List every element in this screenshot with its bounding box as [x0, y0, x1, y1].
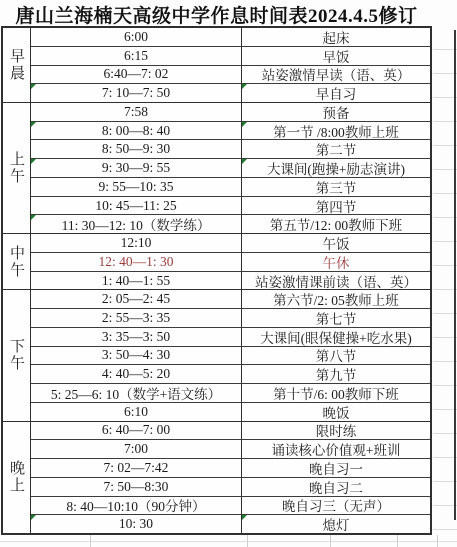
activity-cell: 早自习	[242, 84, 430, 102]
activity-cell: 第十节/6: 00教师下班	[242, 384, 430, 402]
table-row: 3: 35—3: 50大课间(眼保健操+吃水果)	[31, 328, 430, 347]
table-row: 7: 10—7: 50早自习	[31, 84, 430, 102]
activity-cell: 站姿激情早读（语、英）	[242, 66, 430, 84]
section-上午: 上午7:58预备8: 00—8: 40第一节 /8:00教师上班8: 50—9:…	[3, 103, 430, 234]
time-cell: 3: 50—4: 30	[31, 347, 242, 365]
table-row: 7: 02—7:42晚自习一	[31, 459, 430, 478]
time-cell: 2: 55—3: 35	[31, 309, 242, 327]
table-row: 2: 55—3: 35第七节	[31, 309, 430, 328]
excel-flag-triangle-icon	[31, 215, 36, 220]
section-下午: 下午2: 05—2: 45第六节/2: 05教师上班2: 55—3: 35第七节…	[3, 290, 430, 421]
time-cell: 4: 40—5: 20	[31, 365, 242, 383]
bottom-column-gridline	[90, 535, 91, 547]
table-row: 4: 40—5: 20第九节	[31, 365, 430, 384]
activity-cell: 第二节	[242, 140, 430, 158]
bottom-column-gridline	[247, 535, 248, 547]
time-cell: 10: 30	[31, 515, 242, 533]
time-cell: 7: 10—7: 50	[31, 84, 242, 102]
section-label: 晚上	[3, 422, 31, 533]
time-cell: 5: 25—6: 10（数学+语文练）	[31, 384, 242, 402]
table-row: 9: 55—10: 35第三节	[31, 178, 430, 197]
adjacent-column-border	[454, 30, 456, 520]
time-cell: 9: 55—10: 35	[31, 178, 242, 196]
excel-flag-triangle-icon	[31, 84, 36, 89]
table-row: 12:10午饭	[31, 234, 430, 253]
activity-cell: 午休	[242, 253, 430, 271]
table-row: 5: 25—6: 10（数学+语文练）第十节/6: 00教师下班	[31, 384, 430, 403]
table-row: 12: 40—1: 30午休	[31, 253, 430, 272]
activity-cell: 晚饭	[242, 403, 430, 421]
activity-cell: 第五节/12: 00教师下班	[242, 215, 430, 233]
table-row: 2: 05—2: 45第六节/2: 05教师上班	[31, 290, 430, 309]
activity-cell: 限时练	[242, 422, 430, 440]
time-cell: 9: 30—9: 55	[31, 159, 242, 177]
excel-flag-triangle-icon	[242, 84, 247, 89]
section-中午: 中午12:10午饭12: 40—1: 30午休1: 40—1: 55站姿激情课前…	[3, 234, 430, 290]
table-row: 11: 30—12: 10（数学练）第五节/12: 00教师下班	[31, 215, 430, 233]
time-cell: 6: 40—7: 00	[31, 422, 242, 440]
table-row: 6:10晚饭	[31, 403, 430, 421]
table-row: 6:15早饭	[31, 47, 430, 66]
table-row: 7: 50—8:30晚自习二	[31, 478, 430, 497]
table-row: 6:00起床	[31, 28, 430, 47]
time-cell: 2: 05—2: 45	[31, 290, 242, 308]
activity-cell: 晚自习一	[242, 459, 430, 477]
time-cell: 10: 45—11: 25	[31, 197, 242, 215]
section-rows: 12:10午饭12: 40—1: 30午休1: 40—1: 55站姿激情课前读（…	[31, 234, 430, 289]
time-cell: 6:10	[31, 403, 242, 421]
activity-cell: 站姿激情课前读（语、英）	[242, 272, 430, 290]
time-cell: 6:15	[31, 47, 242, 65]
time-cell: 12: 40—1: 30	[31, 253, 242, 271]
activity-cell: 第七节	[242, 309, 430, 327]
activity-cell: 熄灯	[242, 515, 430, 533]
activity-cell: 第一节 /8:00教师上班	[242, 122, 430, 140]
activity-cell: 第八节	[242, 347, 430, 365]
schedule-table: 早晨6:00起床6:15早饭6:40—7: 02站姿激情早读（语、英）7: 10…	[1, 26, 432, 535]
time-cell: 6:00	[31, 28, 242, 46]
section-label: 下午	[3, 290, 31, 420]
section-rows: 6: 40—7: 00限时练7:00诵读核心价值观+班训7: 02—7:42晚自…	[31, 422, 430, 533]
table-row: 7:00诵读核心价值观+班训	[31, 440, 430, 459]
table-row: 10: 30熄灯	[31, 515, 430, 533]
time-cell: 7: 02—7:42	[31, 459, 242, 477]
excel-flag-triangle-icon	[242, 515, 247, 520]
time-cell: 11: 30—12: 10（数学练）	[31, 215, 242, 233]
section-早晨: 早晨6:00起床6:15早饭6:40—7: 02站姿激情早读（语、英）7: 10…	[3, 28, 430, 103]
activity-cell: 早饭	[242, 47, 430, 65]
table-row: 1: 40—1: 55站姿激情课前读（语、英）	[31, 272, 430, 290]
excel-flag-triangle-icon	[31, 159, 36, 164]
time-cell: 8: 40—10:10（90分钟）	[31, 497, 242, 515]
page-title: 唐山兰海楠天高级中学作息时间表2024.4.5修订	[0, 1, 433, 25]
activity-cell: 预备	[242, 103, 430, 121]
section-rows: 7:58预备8: 00—8: 40第一节 /8:00教师上班8: 50—9: 3…	[31, 103, 430, 233]
table-row: 9: 30—9: 55大课间(跑操+励志演讲)	[31, 159, 430, 178]
table-row: 6: 40—7: 00限时练	[31, 422, 430, 441]
excel-flag-triangle-icon	[31, 515, 36, 520]
time-cell: 8: 00—8: 40	[31, 122, 242, 140]
time-cell: 7:00	[31, 440, 242, 458]
section-label: 早晨	[3, 28, 31, 102]
activity-cell: 大课间(跑操+励志演讲)	[242, 159, 430, 177]
time-cell: 1: 40—1: 55	[31, 272, 242, 290]
table-row: 8: 50—9: 30第二节	[31, 140, 430, 159]
table-row: 8: 40—10:10（90分钟）晚自习三（无声）	[31, 497, 430, 516]
time-cell: 3: 35—3: 50	[31, 328, 242, 346]
time-cell: 6:40—7: 02	[31, 66, 242, 84]
table-row: 10: 45—11: 25第四节	[31, 197, 430, 216]
bottom-column-gridline	[397, 535, 398, 547]
bottom-gridline	[0, 541, 457, 542]
time-cell: 8: 50—9: 30	[31, 140, 242, 158]
excel-flag-triangle-icon	[31, 122, 36, 127]
activity-cell: 第四节	[242, 197, 430, 215]
activity-cell: 第九节	[242, 365, 430, 383]
section-rows: 2: 05—2: 45第六节/2: 05教师上班2: 55—3: 35第七节3:…	[31, 290, 430, 420]
excel-flag-triangle-icon	[242, 122, 247, 127]
excel-flag-triangle-icon	[242, 159, 247, 164]
activity-cell: 第三节	[242, 178, 430, 196]
table-row: 3: 50—4: 30第八节	[31, 347, 430, 366]
time-cell: 7:58	[31, 103, 242, 121]
activity-cell: 起床	[242, 28, 430, 46]
activity-cell: 午饭	[242, 234, 430, 252]
bottom-column-gridline	[437, 535, 438, 547]
section-rows: 6:00起床6:15早饭6:40—7: 02站姿激情早读（语、英）7: 10—7…	[31, 28, 430, 102]
time-cell: 7: 50—8:30	[31, 478, 242, 496]
bottom-column-gridline	[330, 535, 331, 547]
time-cell: 12:10	[31, 234, 242, 252]
activity-cell: 晚自习二	[242, 478, 430, 496]
section-label: 上午	[3, 103, 31, 233]
table-row: 6:40—7: 02站姿激情早读（语、英）	[31, 66, 430, 85]
table-row: 8: 00—8: 40第一节 /8:00教师上班	[31, 122, 430, 141]
activity-cell: 诵读核心价值观+班训	[242, 440, 430, 458]
section-晚上: 晚上6: 40—7: 00限时练7:00诵读核心价值观+班训7: 02—7:42…	[3, 422, 430, 533]
timetable-image: 唐山兰海楠天高级中学作息时间表2024.4.5修订 早晨6:00起床6:15早饭…	[0, 0, 457, 547]
section-label: 中午	[3, 234, 31, 289]
activity-cell: 大课间(眼保健操+吃水果)	[242, 328, 430, 346]
table-row: 7:58预备	[31, 103, 430, 122]
activity-cell: 第六节/2: 05教师上班	[242, 290, 430, 308]
activity-cell: 晚自习三（无声）	[242, 497, 430, 515]
